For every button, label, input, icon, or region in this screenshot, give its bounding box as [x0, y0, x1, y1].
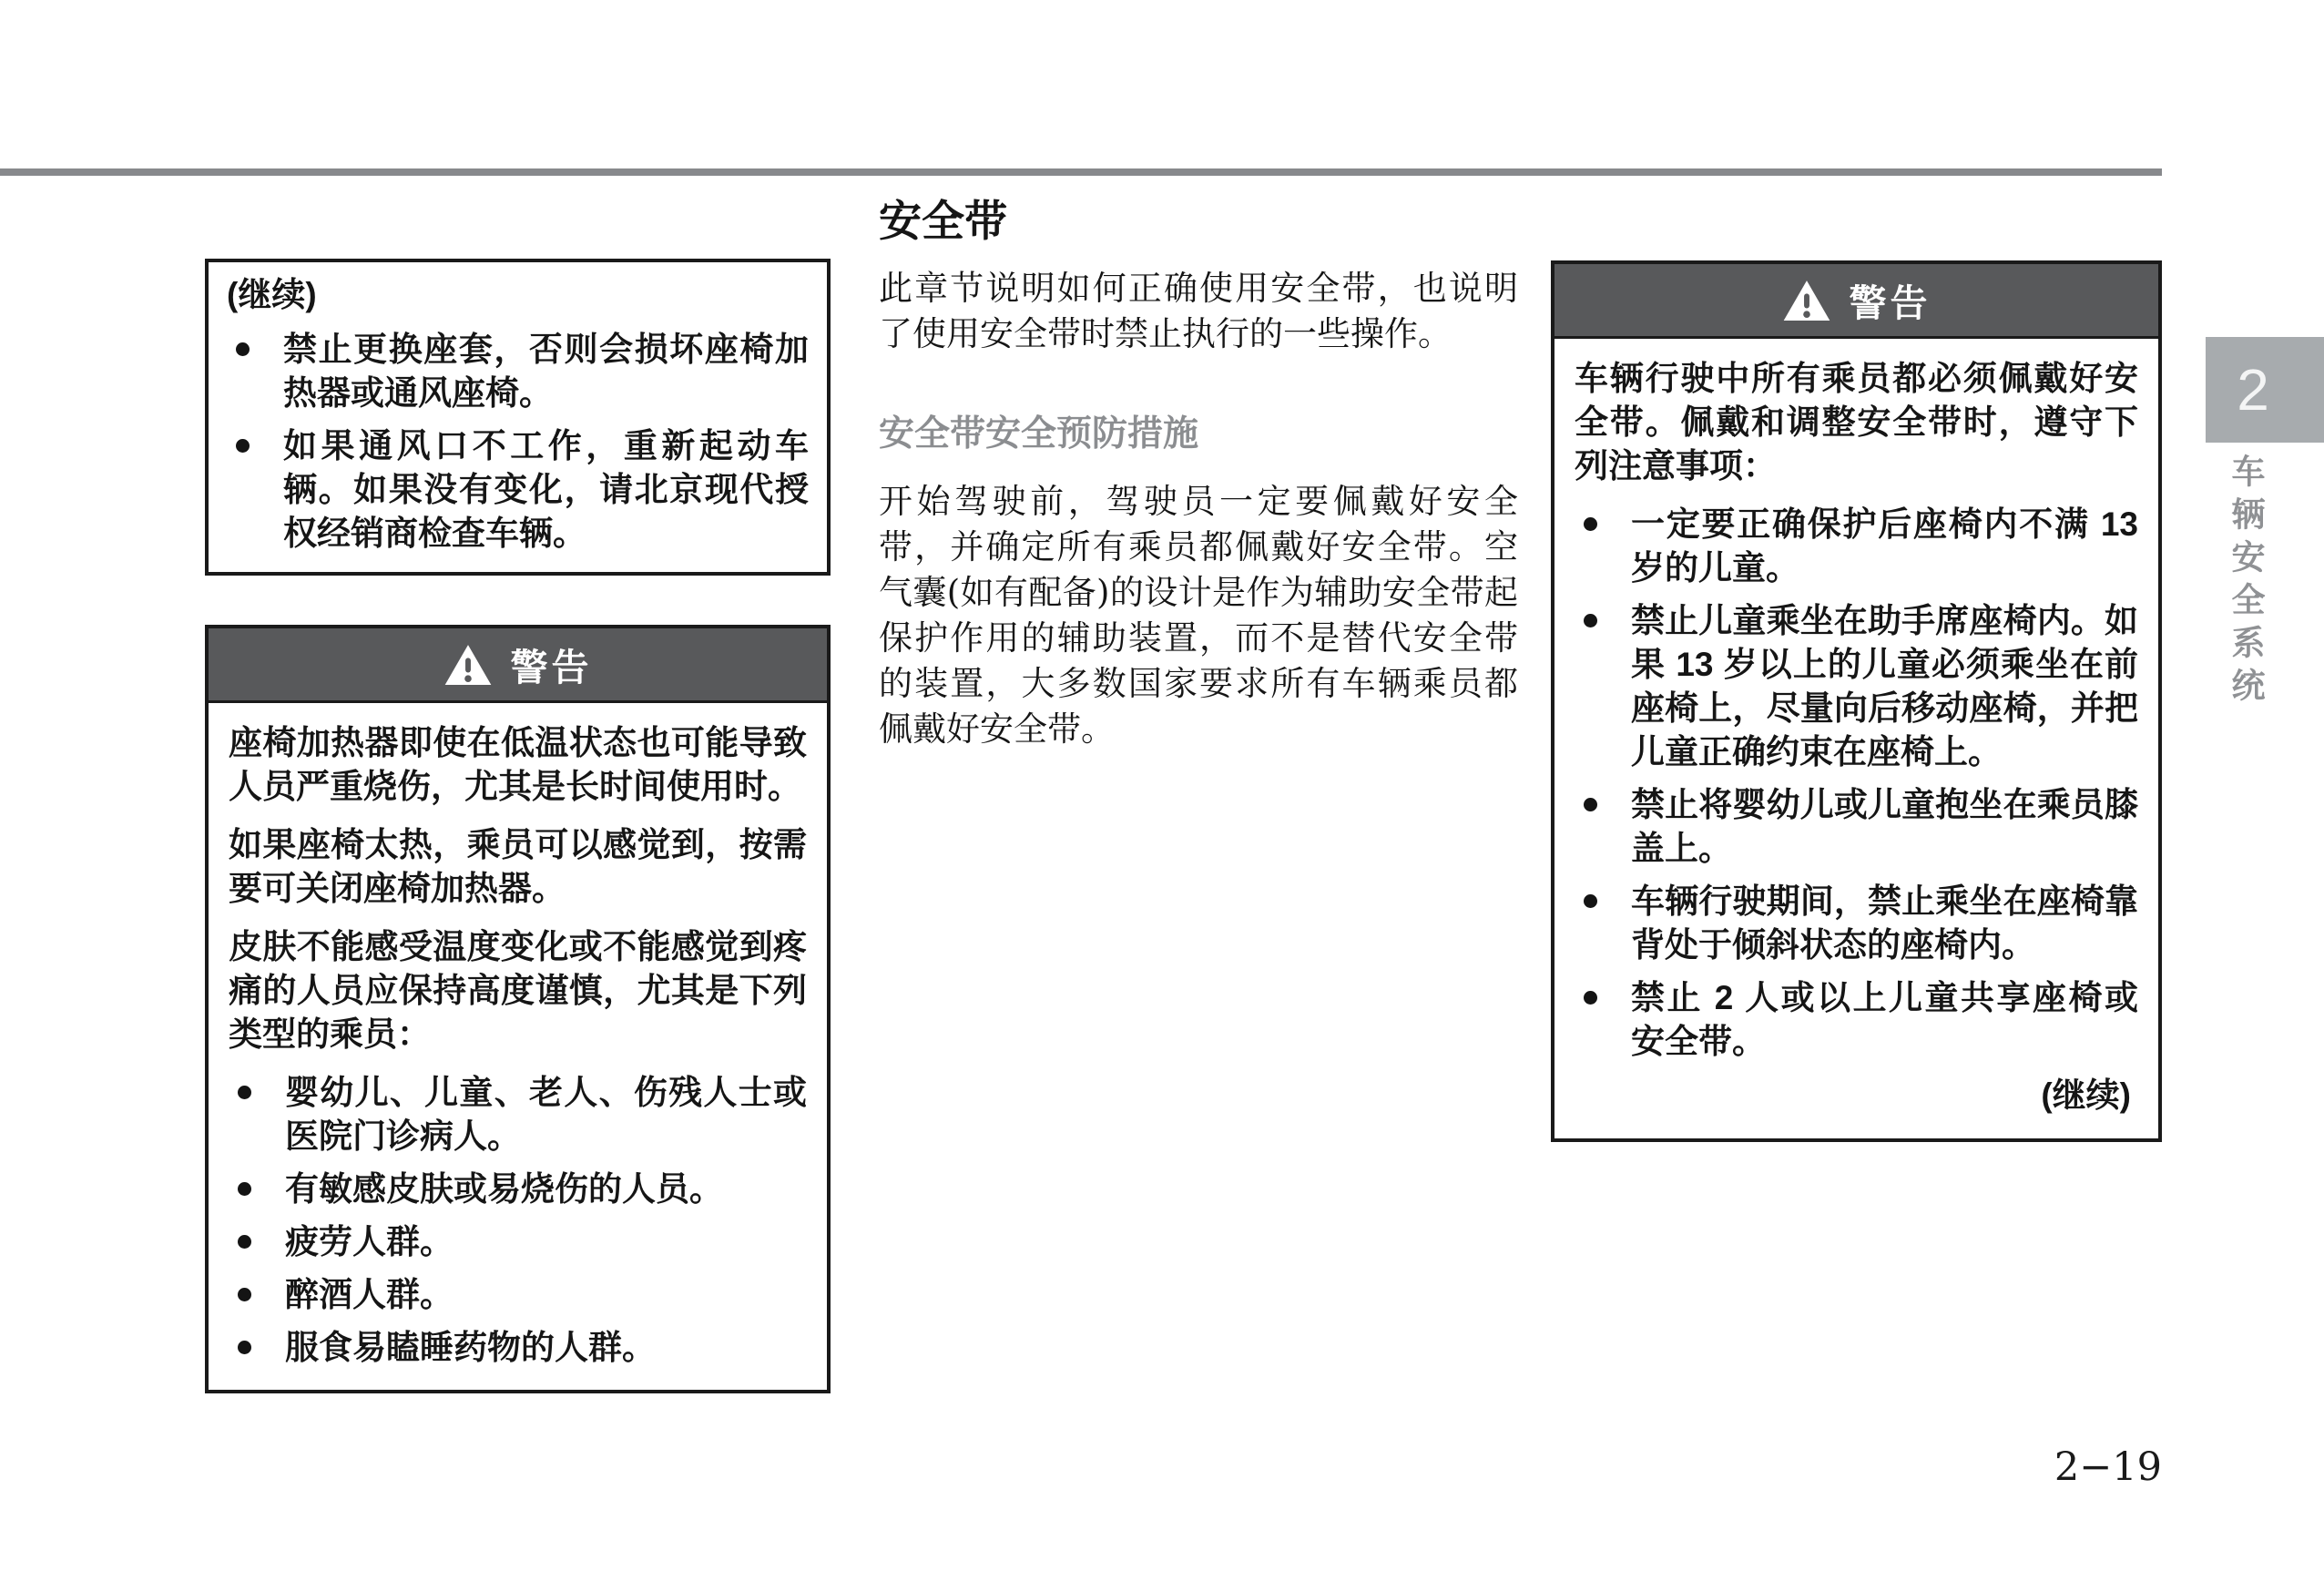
section-subtitle: 安全带安全预防措施 — [879, 413, 1518, 455]
warning-box-left: 警告 座椅加热器即使在低温状态也可能导致人员严重烧伤，尤其是长时间使用时。 如果… — [205, 625, 831, 1393]
bullet-icon — [236, 439, 250, 453]
list-item: 婴幼儿、儿童、老人、伤残人士或医院门诊病人。 — [229, 1071, 807, 1158]
list-item: 车辆行驶期间，禁止乘坐在座椅靠背处于倾斜状态的座椅内。 — [1575, 880, 2138, 967]
list-item: 一定要正确保护后座椅内不满 13 岁的儿童。 — [1575, 503, 2138, 590]
warning-list: 婴幼儿、儿童、老人、伤残人士或医院门诊病人。 有敏感皮肤或易烧伤的人员。 疲劳人… — [229, 1071, 807, 1370]
warning-paragraph: 座椅加热器即使在低温状态也可能导致人员严重烧伤，尤其是长时间使用时。 — [229, 721, 807, 809]
warning-paragraph: 如果座椅太热，乘员可以感觉到，按需要可关闭座椅加热器。 — [229, 823, 807, 911]
chapter-number: 2 — [2237, 361, 2269, 419]
body-paragraph: 开始驾驶前，驾驶员一定要佩戴好安全带，并确定所有乘员都佩戴好安全带。空气囊(如有… — [879, 479, 1518, 752]
warning-title: 警告 — [1850, 273, 1932, 327]
list-item-text: 禁止儿童乘坐在助手席座椅内。如果 13 岁以上的儿童必须乘坐在前座椅上，尽量向后… — [1631, 602, 2138, 770]
continued-box: (继续) 禁止更换座套，否则会损坏座椅加热器或通风座椅。 如果通风口不工作，重新… — [205, 259, 831, 576]
warning-header: 警告 — [209, 628, 827, 703]
warning-header: 警告 — [1554, 264, 2158, 339]
bullet-icon — [238, 1288, 251, 1301]
list-item: 禁止将婴幼儿或儿童抱坐在乘员膝盖上。 — [1575, 783, 2138, 871]
list-item: 有敏感皮肤或易烧伤的人员。 — [229, 1168, 807, 1211]
warning-lead: 车辆行驶中所有乘员都必须佩戴好安全带。佩戴和调整安全带时，遵守下列注意事项： — [1575, 357, 2138, 488]
warning-box-right: 警告 车辆行驶中所有乘员都必须佩戴好安全带。佩戴和调整安全带时，遵守下列注意事项… — [1551, 260, 2162, 1142]
list-item-text: 禁止将婴幼儿或儿童抱坐在乘员膝盖上。 — [1631, 786, 2138, 867]
warning-paragraph: 皮肤不能感受温度变化或不能感觉到疼痛的人员应保持高度谨慎，尤其是下列类型的乘员： — [229, 925, 807, 1056]
list-item-text: 醉酒人群。 — [285, 1276, 454, 1313]
top-divider-rule — [0, 168, 2162, 176]
list-item: 如果通风口不工作，重新起动车辆。如果没有变化，请北京现代授权经销商检查车辆。 — [227, 424, 809, 556]
bullet-icon — [1584, 517, 1597, 531]
page-title: 安全带 — [879, 197, 1518, 246]
chapter-tab: 2 — [2206, 337, 2324, 443]
intro-paragraph: 此章节说明如何正确使用安全带，也说明了使用安全带时禁止执行的一些操作。 — [879, 266, 1518, 357]
warning-body: 车辆行驶中所有乘员都必须佩戴好安全带。佩戴和调整安全带时，遵守下列注意事项： 一… — [1554, 339, 2158, 1138]
list-item-text: 有敏感皮肤或易烧伤的人员。 — [285, 1170, 723, 1208]
warning-body: 座椅加热器即使在低温状态也可能导致人员严重烧伤，尤其是长时间使用时。 如果座椅太… — [209, 703, 827, 1390]
list-item-text: 禁止更换座套，否则会损坏座椅加热器或通风座椅。 — [283, 331, 809, 412]
continued-label: (继续) — [227, 271, 809, 319]
bullet-icon — [238, 1182, 251, 1196]
list-item-text: 疲劳人群。 — [285, 1223, 454, 1260]
list-item: 疲劳人群。 — [229, 1220, 807, 1264]
warning-list: 一定要正确保护后座椅内不满 13 岁的儿童。 禁止儿童乘坐在助手席座椅内。如果 … — [1575, 503, 2138, 1064]
continued-box-list: 禁止更换座套，否则会损坏座椅加热器或通风座椅。 如果通风口不工作，重新起动车辆。… — [227, 328, 809, 556]
list-item-text: 一定要正确保护后座椅内不满 13 岁的儿童。 — [1631, 505, 2138, 587]
bullet-icon — [1584, 798, 1597, 811]
list-item: 禁止更换座套，否则会损坏座椅加热器或通风座椅。 — [227, 328, 809, 415]
list-item-text: 服食易瞌睡药物的人群。 — [285, 1329, 656, 1366]
list-item-text: 如果通风口不工作，重新起动车辆。如果没有变化，请北京现代授权经销商检查车辆。 — [283, 427, 809, 552]
chapter-title-vertical: 车辆安全系统 — [2222, 454, 2269, 836]
bullet-icon — [238, 1235, 251, 1249]
list-item-text: 车辆行驶期间，禁止乘坐在座椅靠背处于倾斜状态的座椅内。 — [1631, 882, 2138, 964]
main-column: 安全带 此章节说明如何正确使用安全带，也说明了使用安全带时禁止执行的一些操作。 … — [879, 197, 1518, 752]
bullet-icon — [236, 342, 250, 356]
list-item: 服食易瞌睡药物的人群。 — [229, 1326, 807, 1370]
bullet-icon — [238, 1341, 251, 1354]
list-item-text: 禁止 2 人或以上儿童共享座椅或安全带。 — [1631, 979, 2138, 1060]
warning-triangle-icon — [443, 643, 493, 687]
warning-title: 警告 — [511, 638, 593, 691]
bullet-icon — [1584, 894, 1597, 908]
list-item: 醉酒人群。 — [229, 1273, 807, 1317]
bullet-icon — [1584, 614, 1597, 627]
bullet-icon — [1584, 991, 1597, 1005]
bullet-icon — [238, 1086, 251, 1099]
page-number: 2−19 — [1949, 1444, 2162, 1490]
list-item-text: 婴幼儿、儿童、老人、伤残人士或医院门诊病人。 — [285, 1074, 807, 1155]
list-item: 禁止 2 人或以上儿童共享座椅或安全带。 — [1575, 976, 2138, 1064]
list-item: 禁止儿童乘坐在助手席座椅内。如果 13 岁以上的儿童必须乘坐在前座椅上，尽量向后… — [1575, 599, 2138, 774]
continued-label: (继续) — [1575, 1073, 2138, 1118]
warning-triangle-icon — [1782, 279, 1831, 322]
